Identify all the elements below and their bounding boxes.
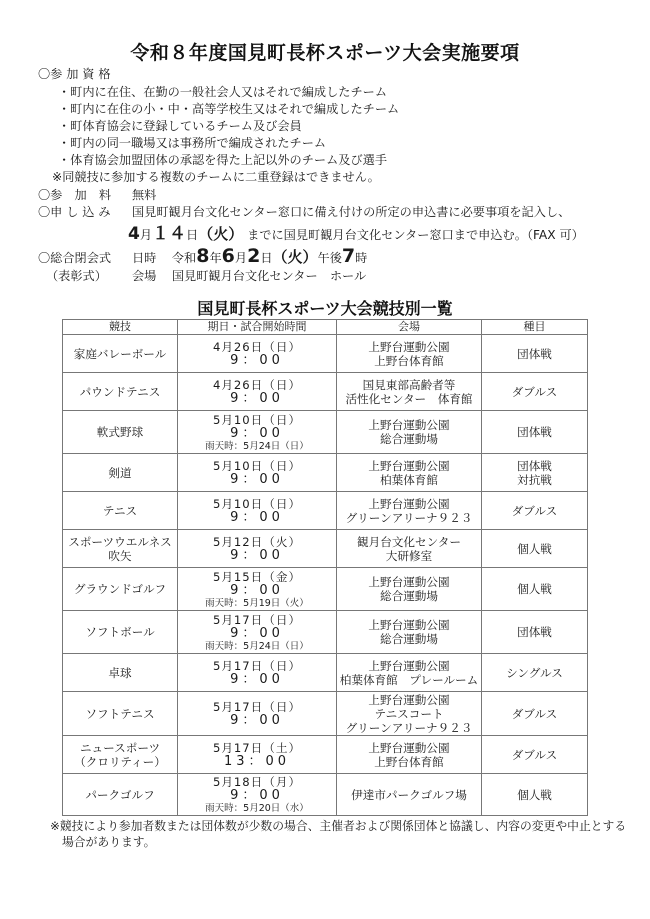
venue-name: 総合運動場 <box>337 632 481 646</box>
event-name: テニス <box>63 504 177 518</box>
fee-label: 〇参 加 料 <box>38 187 111 204</box>
closing-year-unit: 年 <box>209 251 221 265</box>
venue-cell: 観月台文化センター大研修室 <box>337 530 482 568</box>
event-time: 9：00 <box>178 714 336 728</box>
deadline-month: 4 <box>128 224 140 244</box>
table-row: パークゴルフ5月18日（月）9：00雨天時：5月20日（水）伊達市パークゴルフ場… <box>63 774 588 816</box>
document-title: 令和８年度国見町長杯スポーツ大会実施要項 <box>0 38 650 65</box>
event-date: 5月17日（土） <box>178 741 336 755</box>
event-time: 9：00 <box>178 789 336 803</box>
closing-label: 〇総合閉会式 <box>38 250 111 267</box>
event-cell: ソフトテニス <box>63 692 178 736</box>
date-cell: 4月26日（日）9：00 <box>178 335 337 373</box>
closing-era: 令和 <box>172 251 196 265</box>
event-cell: パークゴルフ <box>63 774 178 816</box>
rain-date: 雨天時：5月24日（日） <box>178 441 336 452</box>
venue-cell: 国見東部高齢者等活性化センター 体育館 <box>337 373 482 411</box>
event-type: 対抗戦 <box>482 473 587 487</box>
venue-cell: 上野台運動公園上野台体育館 <box>337 736 482 774</box>
deadline-weekday: （火） <box>198 225 243 243</box>
closing-sub-label: （表彰式） <box>46 268 107 285</box>
closing-time-prefix: 午後 <box>318 251 342 265</box>
event-name: 軟式野球 <box>63 425 177 439</box>
event-date: 5月10日（日） <box>178 497 336 511</box>
closing-month: 6 <box>222 245 235 267</box>
event-time: 9：00 <box>178 392 336 406</box>
event-date: 5月17日（日） <box>178 659 336 673</box>
venue-name: 上野台運動公園 <box>337 741 481 755</box>
event-time: 9：00 <box>178 473 336 487</box>
venue-cell: 上野台運動公園総合運動場 <box>337 611 482 654</box>
event-cell: 卓球 <box>63 654 178 692</box>
venue-cell: 上野台運動公園グリーンアリーナ９２３ <box>337 492 482 530</box>
venue-cell: 上野台運動公園テニスコートグリーンアリーナ９２３ <box>337 692 482 736</box>
closing-hour: 7 <box>342 245 355 267</box>
date-cell: 5月10日（日）9：00雨天時：5月24日（日） <box>178 411 337 454</box>
table-row: ニュースポーツ（クロリティー）5月17日（土）13：00上野台運動公園上野台体育… <box>63 736 588 774</box>
venue-name: 観月台文化センター <box>337 535 481 549</box>
event-date: 5月15日（金） <box>178 570 336 584</box>
deadline-day-unit: 日 <box>186 228 198 242</box>
event-cell: 剣道 <box>63 454 178 492</box>
venue-cell: 上野台運動公園総合運動場 <box>337 411 482 454</box>
footer-note: ※競技により参加者数または団体数が少数の場合、主催者および関係団体と協議し、内容… <box>50 818 640 850</box>
venue-cell: 上野台運動公園柏葉体育館 <box>337 454 482 492</box>
event-type: 個人戦 <box>482 542 587 556</box>
event-type: 個人戦 <box>482 788 587 802</box>
header-venue: 会場 <box>337 320 482 335</box>
rain-date: 雨天時：5月20日（水） <box>178 803 336 814</box>
event-name: 家庭バレーボール <box>63 347 177 361</box>
table-row: グラウンドゴルフ5月15日（金）9：00雨天時：5月19日（火）上野台運動公園総… <box>63 568 588 611</box>
venue-name: 上野台運動公園 <box>337 340 481 354</box>
event-time: 9：00 <box>178 673 336 687</box>
event-date: 5月10日（日） <box>178 413 336 427</box>
date-cell: 5月17日（日）9：00 <box>178 654 337 692</box>
type-cell: 個人戦 <box>482 568 588 611</box>
event-name: 剣道 <box>63 466 177 480</box>
venue-name: グリーンアリーナ９２３ <box>337 721 481 735</box>
event-time: 13：00 <box>178 755 336 769</box>
footer-line: 場合があります。 <box>50 834 640 850</box>
event-time: 9：00 <box>178 627 336 641</box>
event-type: ダブルス <box>482 707 587 721</box>
events-table: 競技 期日・試合開始時間 会場 種目 家庭バレーボール4月26日（日）9：00上… <box>62 319 588 816</box>
event-cell: 軟式野球 <box>63 411 178 454</box>
eligibility-note: ※同競技に参加する複数のチームに二重登録はできません。 <box>52 169 380 186</box>
event-date: 5月10日（日） <box>178 459 336 473</box>
event-type: ダブルス <box>482 385 587 399</box>
table-row: パウンドテニス4月26日（日）9：00国見東部高齢者等活性化センター 体育館ダブ… <box>63 373 588 411</box>
header-type: 種目 <box>482 320 588 335</box>
date-cell: 5月17日（日）9：00雨天時：5月24日（日） <box>178 611 337 654</box>
header-date: 期日・試合開始時間 <box>178 320 337 335</box>
venue-name: 伊達市パークゴルフ場 <box>337 788 481 802</box>
eligibility-item: ・町内に在住、在勤の一般社会人又はそれで編成したチーム <box>58 84 387 101</box>
closing-weekday: （火） <box>273 248 318 266</box>
table-row: 家庭バレーボール4月26日（日）9：00上野台運動公園上野台体育館団体戦 <box>63 335 588 373</box>
application-text: 国見町観月台文化センター窓口に備え付けの所定の申込書に必要事項を記入し、 <box>132 204 570 221</box>
closing-venue: 会場 国見町観月台文化センター ホール <box>132 268 366 285</box>
event-time: 9：00 <box>178 427 336 441</box>
fee-value: 無料 <box>132 187 156 204</box>
type-cell: 個人戦 <box>482 774 588 816</box>
table-row: ソフトテニス5月17日（日）9：00上野台運動公園テニスコートグリーンアリーナ９… <box>63 692 588 736</box>
venue-name: 上野台運動公園 <box>337 418 481 432</box>
event-cell: パウンドテニス <box>63 373 178 411</box>
closing-datetime: 日時 令和8年6月2日（火）午後7時 <box>132 244 367 270</box>
table-title: 国見町長杯スポーツ大会競技別一覧 <box>0 296 650 319</box>
application-label: 〇申 し 込 み <box>38 204 111 221</box>
venue-name: テニスコート <box>337 707 481 721</box>
closing-day-unit: 日 <box>260 251 272 265</box>
eligibility-label: 〇参 加 資 格 <box>38 66 111 83</box>
event-name: スポーツウエルネス <box>63 535 177 549</box>
event-name: ニュースポーツ <box>63 741 177 755</box>
header-event: 競技 <box>63 320 178 335</box>
type-cell: 団体戦対抗戦 <box>482 454 588 492</box>
type-cell: ダブルス <box>482 736 588 774</box>
event-name: ソフトテニス <box>63 707 177 721</box>
table-row: 卓球5月17日（日）9：00上野台運動公園柏葉体育館 プレールームシングルス <box>63 654 588 692</box>
date-cell: 5月15日（金）9：00雨天時：5月19日（火） <box>178 568 337 611</box>
event-date: 4月26日（日） <box>178 340 336 354</box>
venue-name: 上野台運動公園 <box>337 693 481 707</box>
event-cell: グラウンドゴルフ <box>63 568 178 611</box>
venue-cell: 上野台運動公園総合運動場 <box>337 568 482 611</box>
date-cell: 5月10日（日）9：00 <box>178 454 337 492</box>
venue-name: 柏葉体育館 <box>337 473 481 487</box>
venue-name: 上野台運動公園 <box>337 497 481 511</box>
venue-name: 総合運動場 <box>337 432 481 446</box>
event-date: 5月12日（火） <box>178 535 336 549</box>
type-cell: シングルス <box>482 654 588 692</box>
date-cell: 5月10日（日）9：00 <box>178 492 337 530</box>
venue-name: 上野台運動公園 <box>337 459 481 473</box>
event-date: 5月18日（月） <box>178 775 336 789</box>
type-cell: ダブルス <box>482 492 588 530</box>
eligibility-item: ・町内に在住の小・中・高等学校生又はそれで編成したチーム <box>58 101 399 118</box>
table-row: 軟式野球5月10日（日）9：00雨天時：5月24日（日）上野台運動公園総合運動場… <box>63 411 588 454</box>
deadline-month-unit: 月 <box>140 228 152 242</box>
venue-name: 大研修室 <box>337 549 481 563</box>
event-date: 4月26日（日） <box>178 378 336 392</box>
closing-hour-unit: 時 <box>355 251 367 265</box>
closing-venue-label: 会場 <box>132 269 156 283</box>
application-text-2: までに国見町観月台文化センター窓口まで申込む。（FAX 可） <box>247 228 584 242</box>
date-cell: 5月17日（土）13：00 <box>178 736 337 774</box>
venue-cell: 伊達市パークゴルフ場 <box>337 774 482 816</box>
rain-date: 雨天時：5月19日（火） <box>178 598 336 609</box>
event-cell: ソフトボール <box>63 611 178 654</box>
type-cell: 団体戦 <box>482 611 588 654</box>
event-date: 5月17日（日） <box>178 613 336 627</box>
venue-cell: 上野台運動公園上野台体育館 <box>337 335 482 373</box>
eligibility-item: ・体育協会加盟団体の承認を得た上記以外のチーム及び選手 <box>58 152 387 169</box>
event-cell: スポーツウエルネス吹矢 <box>63 530 178 568</box>
footer-line: ※競技により参加者数または団体数が少数の場合、主催者および関係団体と協議し、内容… <box>50 818 640 834</box>
type-cell: ダブルス <box>482 373 588 411</box>
event-cell: テニス <box>63 492 178 530</box>
event-type: 団体戦 <box>482 347 587 361</box>
event-name: 卓球 <box>63 666 177 680</box>
date-cell: 5月17日（日）9：00 <box>178 692 337 736</box>
venue-name: 柏葉体育館 プレールーム <box>337 673 481 687</box>
event-name: （クロリティー） <box>63 755 177 769</box>
event-name: ソフトボール <box>63 625 177 639</box>
date-cell: 4月26日（日）9：00 <box>178 373 337 411</box>
event-time: 9：00 <box>178 584 336 598</box>
type-cell: 団体戦 <box>482 335 588 373</box>
venue-name: 上野台体育館 <box>337 354 481 368</box>
venue-name: 上野台体育館 <box>337 755 481 769</box>
table-row: テニス5月10日（日）9：00上野台運動公園グリーンアリーナ９２３ダブルス <box>63 492 588 530</box>
date-cell: 5月12日（火）9：00 <box>178 530 337 568</box>
closing-year: 8 <box>196 245 209 267</box>
venue-name: 上野台運動公園 <box>337 659 481 673</box>
event-date: 5月17日（日） <box>178 700 336 714</box>
venue-name: 上野台運動公園 <box>337 575 481 589</box>
event-type: ダブルス <box>482 748 587 762</box>
event-time: 9：00 <box>178 354 336 368</box>
venue-cell: 上野台運動公園柏葉体育館 プレールーム <box>337 654 482 692</box>
event-type: シングルス <box>482 666 587 680</box>
event-type: 団体戦 <box>482 625 587 639</box>
event-cell: ニュースポーツ（クロリティー） <box>63 736 178 774</box>
venue-name: グリーンアリーナ９２３ <box>337 511 481 525</box>
closing-day: 2 <box>247 245 260 267</box>
closing-date-label: 日時 <box>132 251 156 265</box>
closing-venue-value: 国見町観月台文化センター ホール <box>172 269 366 283</box>
table-row: ソフトボール5月17日（日）9：00雨天時：5月24日（日）上野台運動公園総合運… <box>63 611 588 654</box>
venue-name: 国見東部高齢者等 <box>337 378 481 392</box>
table-row: スポーツウエルネス吹矢5月12日（火）9：00観月台文化センター大研修室個人戦 <box>63 530 588 568</box>
type-cell: 個人戦 <box>482 530 588 568</box>
event-type: 個人戦 <box>482 582 587 596</box>
closing-month-unit: 月 <box>235 251 247 265</box>
table-row: 剣道5月10日（日）9：00上野台運動公園柏葉体育館団体戦対抗戦 <box>63 454 588 492</box>
event-name: グラウンドゴルフ <box>63 582 177 596</box>
type-cell: ダブルス <box>482 692 588 736</box>
event-type: 団体戦 <box>482 459 587 473</box>
event-type: ダブルス <box>482 504 587 518</box>
rain-date: 雨天時：5月24日（日） <box>178 641 336 652</box>
venue-name: 活性化センター 体育館 <box>337 392 481 406</box>
event-time: 9：00 <box>178 549 336 563</box>
event-name: パークゴルフ <box>63 788 177 802</box>
event-type: 団体戦 <box>482 425 587 439</box>
eligibility-item: ・町内の同一職場又は事務所で編成されたチーム <box>58 135 326 152</box>
event-cell: 家庭バレーボール <box>63 335 178 373</box>
table-header-row: 競技 期日・試合開始時間 会場 種目 <box>63 320 588 335</box>
type-cell: 団体戦 <box>482 411 588 454</box>
venue-name: 総合運動場 <box>337 589 481 603</box>
date-cell: 5月18日（月）9：00雨天時：5月20日（水） <box>178 774 337 816</box>
event-name: 吹矢 <box>63 549 177 563</box>
eligibility-item: ・町体育協会に登録しているチーム及び会員 <box>58 118 302 135</box>
deadline-day: １４ <box>152 224 186 244</box>
venue-name: 上野台運動公園 <box>337 618 481 632</box>
event-name: パウンドテニス <box>63 385 177 399</box>
event-time: 9：00 <box>178 511 336 525</box>
